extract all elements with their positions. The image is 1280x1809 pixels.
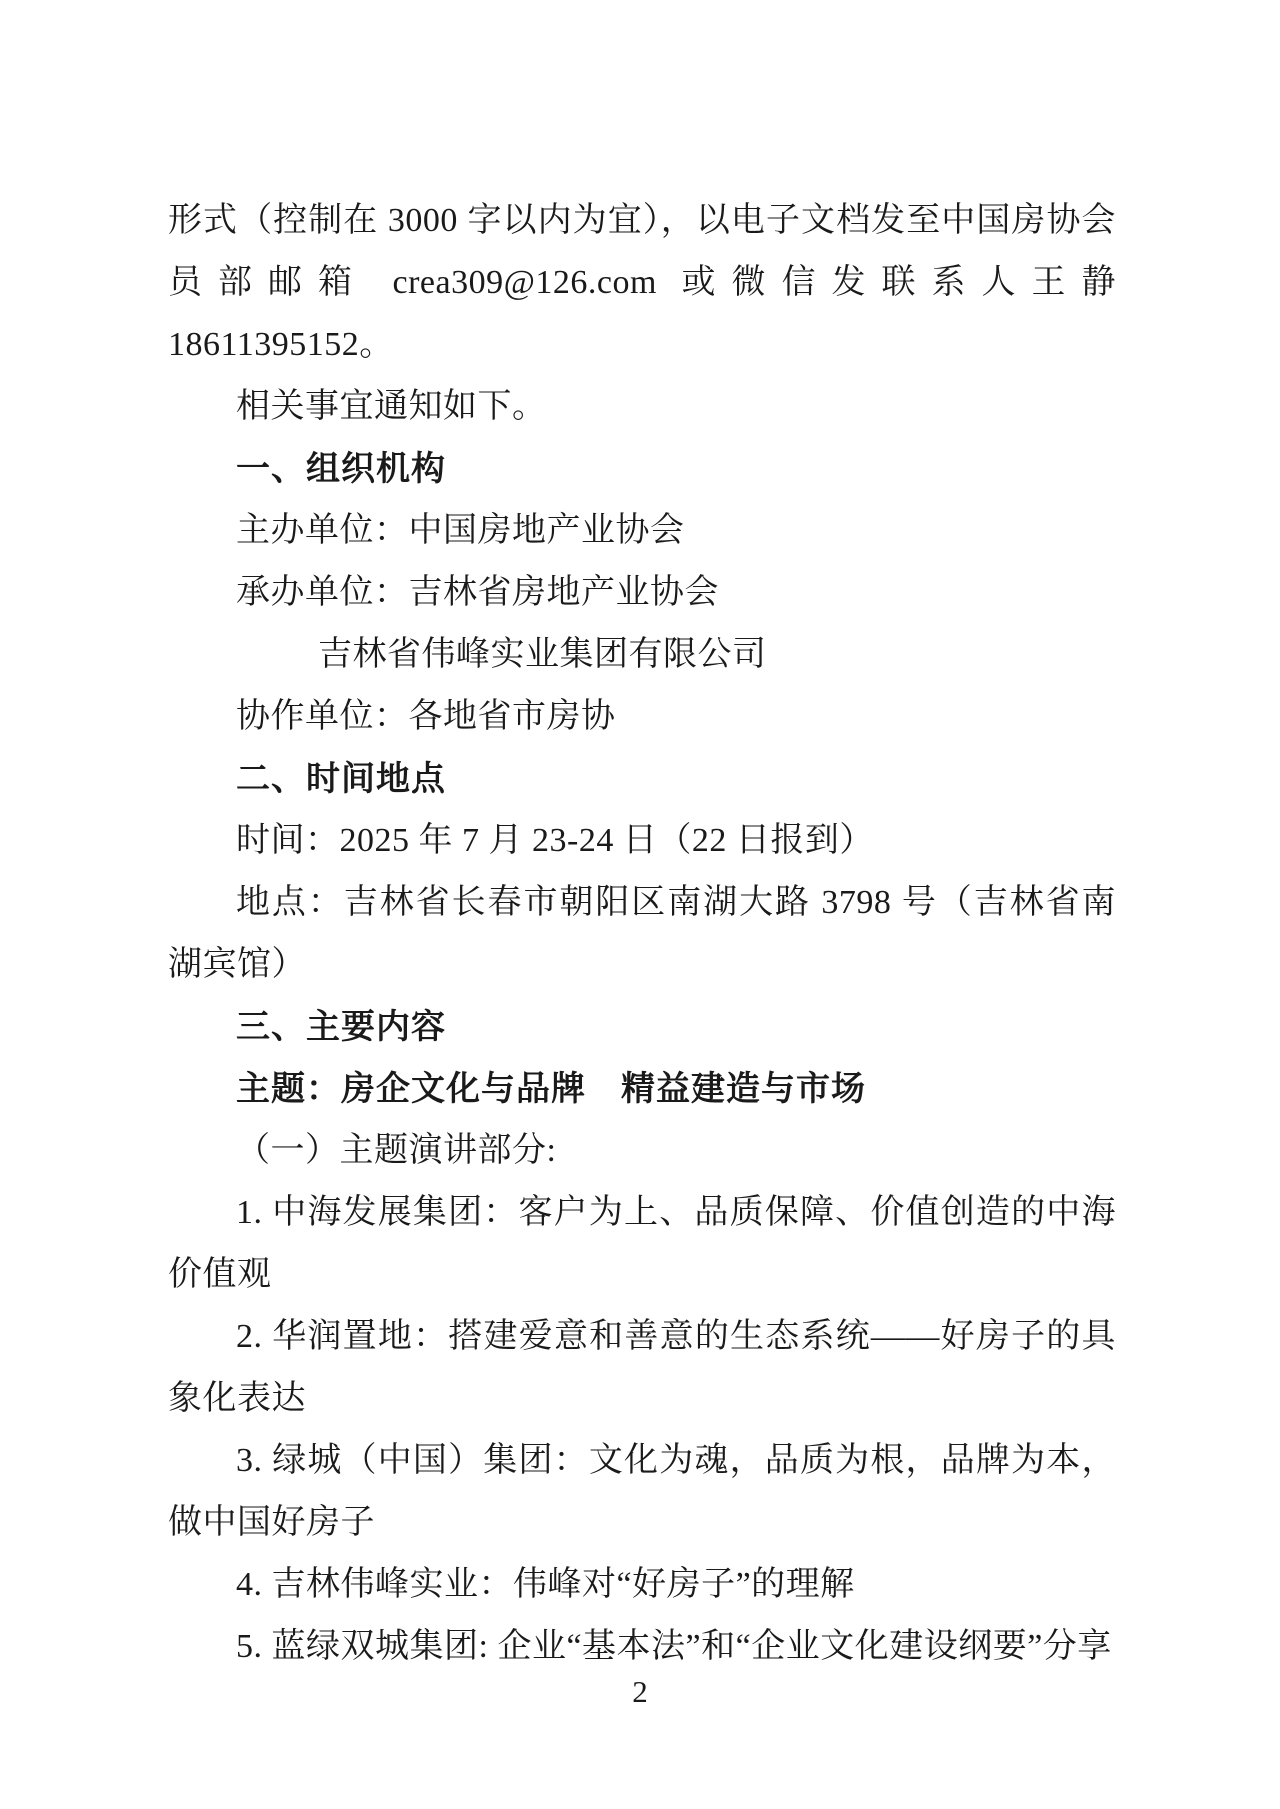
paragraph-13: （一）主题演讲部分: (168, 1120, 1116, 1182)
paragraph-12: 主题：房企文化与品牌 精益建造与市场 (168, 1058, 1116, 1120)
paragraph-15: 2. 华润置地：搭建爱意和善意的生态系统——好房子的具象化表达 (168, 1306, 1116, 1430)
paragraph-1: 形式（控制在 3000 字以内为宜），以电子文档发至中国房协会员部邮箱 crea… (168, 190, 1116, 376)
paragraph-2: 相关事宜通知如下。 (168, 376, 1116, 438)
paragraph-8: 二、时间地点 (168, 748, 1116, 810)
paragraph-17: 4. 吉林伟峰实业：伟峰对“好房子”的理解 (168, 1554, 1116, 1616)
paragraph-10: 地点：吉林省长春市朝阳区南湖大路 3798 号（吉林省南湖宾馆） (168, 872, 1116, 996)
paragraph-6: 吉林省伟峰实业集团有限公司 (168, 624, 1116, 686)
document-page: 形式（控制在 3000 字以内为宜），以电子文档发至中国房协会员部邮箱 crea… (0, 0, 1280, 1809)
paragraph-11: 三、主要内容 (168, 996, 1116, 1058)
document-content: 形式（控制在 3000 字以内为宜），以电子文档发至中国房协会员部邮箱 crea… (168, 190, 1116, 1678)
paragraph-4: 主办单位：中国房地产业协会 (168, 500, 1116, 562)
paragraph-9: 时间：2025 年 7 月 23-24 日（22 日报到） (168, 810, 1116, 872)
paragraph-16: 3. 绿城（中国）集团：文化为魂，品质为根，品牌为本，做中国好房子 (168, 1430, 1116, 1554)
paragraph-18: 5. 蓝绿双城集团: 企业“基本法”和“企业文化建设纲要”分享 (168, 1616, 1116, 1678)
paragraph-3: 一、组织机构 (168, 438, 1116, 500)
paragraph-5: 承办单位：吉林省房地产业协会 (168, 562, 1116, 624)
page-number: 2 (0, 1672, 1280, 1712)
paragraph-7: 协作单位：各地省市房协 (168, 686, 1116, 748)
paragraph-14: 1. 中海发展集团：客户为上、品质保障、价值创造的中海价值观 (168, 1182, 1116, 1306)
